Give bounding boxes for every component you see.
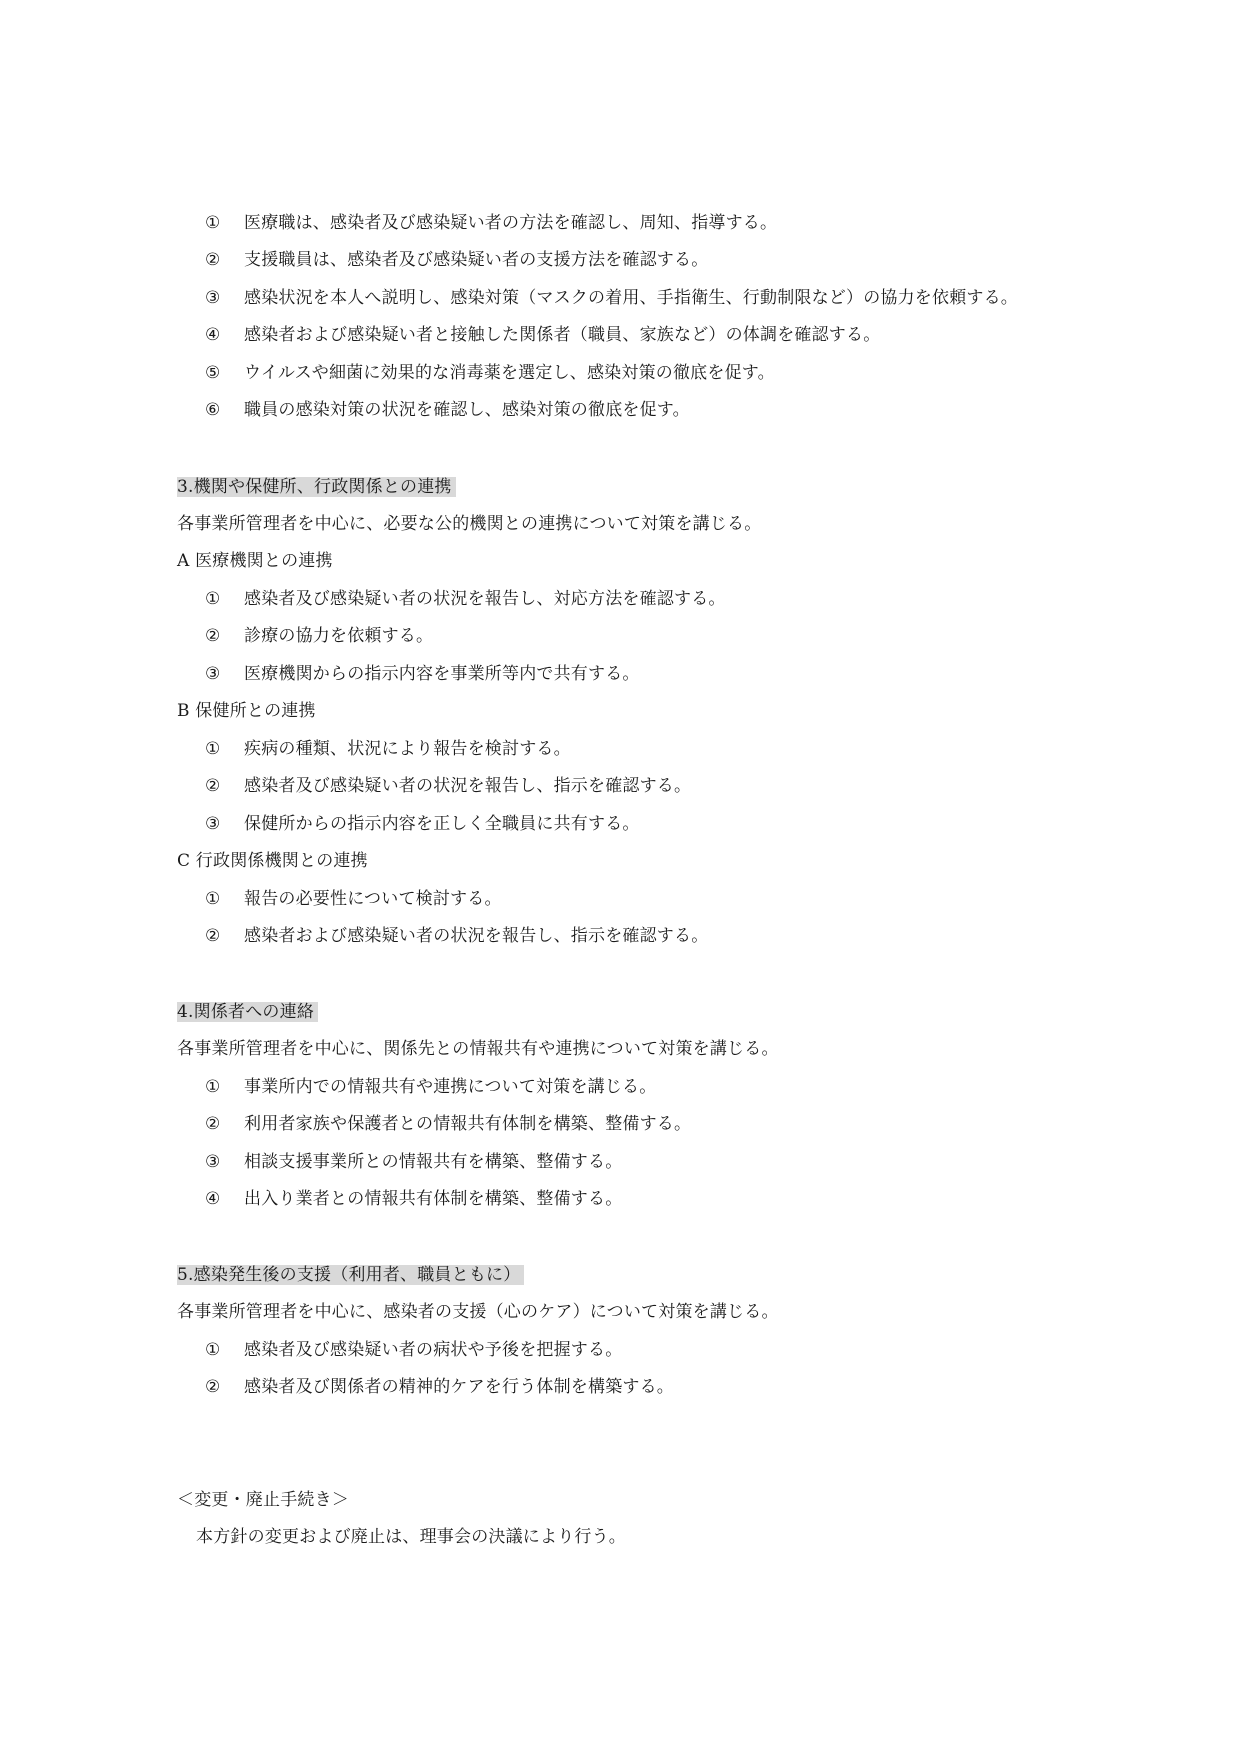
item-text: 感染者および感染疑い者と接触した関係者（職員、家族など）の体調を確認する。 xyxy=(244,325,880,345)
list-item: ②感染者及び感染疑い者の状況を報告し、指示を確認する。 xyxy=(205,771,691,801)
item-number: ② xyxy=(205,245,244,275)
item-text: 診療の協力を依頼する。 xyxy=(244,626,433,646)
item-text: 医療機関からの指示内容を事業所等内で共有する。 xyxy=(244,664,640,684)
item-text: 感染者及び感染疑い者の病状や予後を把握する。 xyxy=(244,1340,622,1360)
item-number: ① xyxy=(205,1072,244,1102)
item-text: 感染者および感染疑い者の状況を報告し、指示を確認する。 xyxy=(244,926,708,946)
list-item: ①感染者及び感染疑い者の状況を報告し、対応方法を確認する。 xyxy=(205,584,726,614)
list-item: ④感染者および感染疑い者と接触した関係者（職員、家族など）の体調を確認する。 xyxy=(205,320,880,350)
section-intro: 各事業所管理者を中心に、感染者の支援（心のケア）について対策を講じる。 xyxy=(177,1297,779,1327)
item-text: 感染者及び感染疑い者の状況を報告し、指示を確認する。 xyxy=(244,776,691,796)
item-number: ③ xyxy=(205,283,244,313)
item-text: 支援職員は、感染者及び感染疑い者の支援方法を確認する。 xyxy=(244,250,708,270)
item-text: 感染者及び感染疑い者の状況を報告し、対応方法を確認する。 xyxy=(244,589,726,609)
item-number: ④ xyxy=(205,1184,244,1214)
item-text: 医療職は、感染者及び感染疑い者の方法を確認し、周知、指導する。 xyxy=(244,213,777,233)
section-3: 3.機関や保健所、行政関係との連携 xyxy=(177,472,456,502)
item-number: ⑤ xyxy=(205,358,244,388)
list-item: ④出入り業者との情報共有体制を構築、整備する。 xyxy=(205,1184,622,1214)
section-heading: 5.感染発生後の支援（利用者、職員ともに） xyxy=(177,1265,524,1285)
subsection-title: C 行政関係機関との連携 xyxy=(177,846,368,876)
item-text: 利用者家族や保護者との情報共有体制を構築、整備する。 xyxy=(244,1114,691,1134)
item-text: 職員の感染対策の状況を確認し、感染対策の徹底を促す。 xyxy=(244,400,690,420)
list-item: ②診療の協力を依頼する。 xyxy=(205,621,433,651)
item-text: 事業所内での情報共有や連携について対策を講じる。 xyxy=(244,1077,656,1097)
document-page: ①医療職は、感染者及び感染疑い者の方法を確認し、周知、指導する。 ②支援職員は、… xyxy=(0,0,1241,1755)
section-intro: 各事業所管理者を中心に、関係先との情報共有や連携について対策を講じる。 xyxy=(177,1034,779,1064)
item-number: ② xyxy=(205,621,244,651)
item-number: ① xyxy=(205,1335,244,1365)
item-number: ① xyxy=(205,584,244,614)
item-number: ③ xyxy=(205,1147,244,1177)
list-item: ①報告の必要性について検討する。 xyxy=(205,884,502,914)
list-item: ②感染者および感染疑い者の状況を報告し、指示を確認する。 xyxy=(205,921,708,951)
item-number: ② xyxy=(205,771,244,801)
list-item: ①感染者及び感染疑い者の病状や予後を把握する。 xyxy=(205,1335,622,1365)
item-text: 保健所からの指示内容を正しく全職員に共有する。 xyxy=(244,814,640,834)
list-item: ③医療機関からの指示内容を事業所等内で共有する。 xyxy=(205,659,640,689)
item-number: ① xyxy=(205,208,244,238)
item-text: 報告の必要性について検討する。 xyxy=(244,889,502,909)
item-text: 疾病の種類、状況により報告を検討する。 xyxy=(244,739,571,759)
section-intro: 各事業所管理者を中心に、必要な公的機関との連携について対策を講じる。 xyxy=(177,509,761,539)
list-item: ③保健所からの指示内容を正しく全職員に共有する。 xyxy=(205,809,640,839)
list-item: ②支援職員は、感染者及び感染疑い者の支援方法を確認する。 xyxy=(205,245,708,275)
item-text: 感染者及び関係者の精神的ケアを行う体制を構築する。 xyxy=(244,1377,674,1397)
list-item: ②利用者家族や保護者との情報共有体制を構築、整備する。 xyxy=(205,1109,691,1139)
item-text: 相談支援事業所との情報共有を構築、整備する。 xyxy=(244,1152,622,1172)
list-item: ⑥職員の感染対策の状況を確認し、感染対策の徹底を促す。 xyxy=(205,395,690,425)
section-5: 5.感染発生後の支援（利用者、職員ともに） xyxy=(177,1260,524,1290)
item-number: ② xyxy=(205,1109,244,1139)
item-text: ウイルスや細菌に効果的な消毒薬を選定し、感染対策の徹底を促す。 xyxy=(244,363,775,383)
item-number: ② xyxy=(205,921,244,951)
list-item: ③相談支援事業所との情報共有を構築、整備する。 xyxy=(205,1147,622,1177)
section-4: 4.関係者への連絡 xyxy=(177,997,318,1027)
item-text: 感染状況を本人へ説明し、感染対策（マスクの着用、手指衛生、行動制限など）の協力を… xyxy=(244,288,1018,308)
list-item: ①疾病の種類、状況により報告を検討する。 xyxy=(205,734,571,764)
item-number: ① xyxy=(205,734,244,764)
item-number: ③ xyxy=(205,659,244,689)
subsection-title: A 医療機関との連携 xyxy=(177,546,333,576)
section-heading: 3.機関や保健所、行政関係との連携 xyxy=(177,477,456,497)
item-number: ⑥ xyxy=(205,395,244,425)
amendment-title: ＜変更・廃止手続き＞ xyxy=(177,1485,349,1515)
section-heading: 4.関係者への連絡 xyxy=(177,1002,318,1022)
item-number: ① xyxy=(205,884,244,914)
list-item: ②感染者及び関係者の精神的ケアを行う体制を構築する。 xyxy=(205,1372,674,1402)
item-text: 出入り業者との情報共有体制を構築、整備する。 xyxy=(244,1189,622,1209)
amendment-text: 本方針の変更および廃止は、理事会の決議により行う。 xyxy=(196,1522,626,1552)
list-item: ①事業所内での情報共有や連携について対策を講じる。 xyxy=(205,1072,656,1102)
item-number: ④ xyxy=(205,320,244,350)
list-item: ③感染状況を本人へ説明し、感染対策（マスクの着用、手指衛生、行動制限など）の協力… xyxy=(205,283,1018,313)
subsection-title: B 保健所との連携 xyxy=(177,696,316,726)
item-number: ③ xyxy=(205,809,244,839)
list-item: ⑤ウイルスや細菌に効果的な消毒薬を選定し、感染対策の徹底を促す。 xyxy=(205,358,775,388)
item-number: ② xyxy=(205,1372,244,1402)
list-item: ①医療職は、感染者及び感染疑い者の方法を確認し、周知、指導する。 xyxy=(205,208,777,238)
